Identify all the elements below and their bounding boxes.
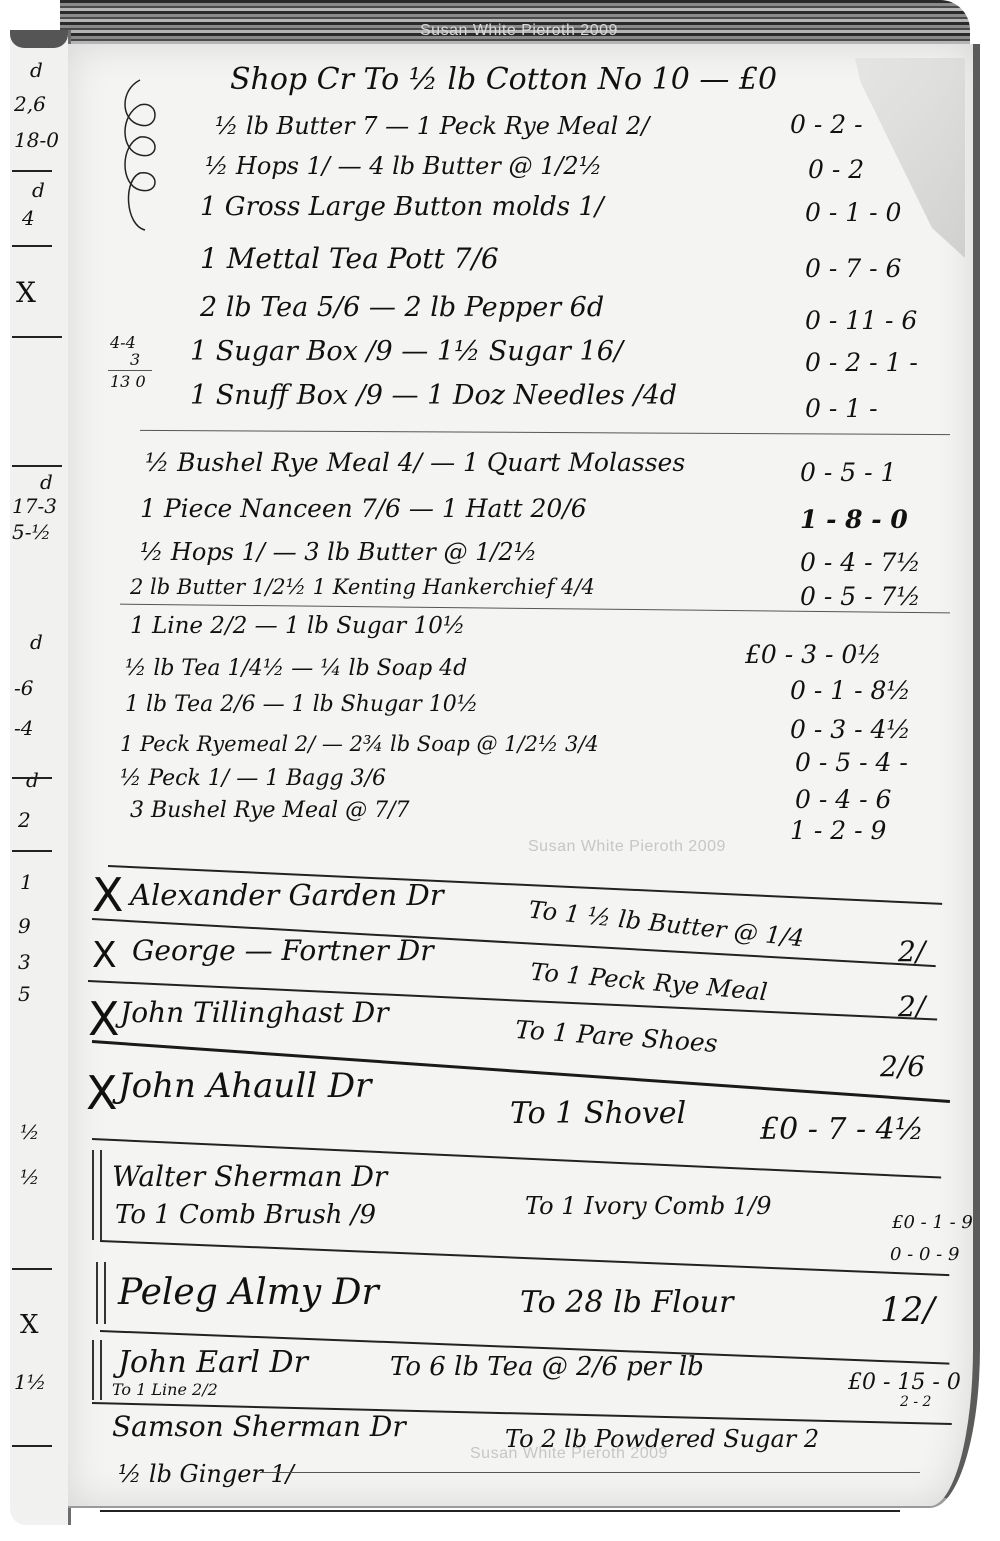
entry-description: ½ Bushel Rye Meal 4/ — 1 Quart Molasses	[145, 448, 685, 477]
entry-description: 1 Peck Ryemeal 2/ — 2¾ lb Soap @ 1/2½ 3/…	[120, 732, 599, 756]
entry-amount: 0 - 1 - 8½	[790, 676, 911, 705]
settled-marker	[92, 1150, 102, 1240]
entry-amount: 0 - 2 -	[790, 110, 863, 139]
entry-description: 1 Sugar Box /9 — 1½ Sugar 16/	[190, 336, 623, 367]
margin-figure: d	[26, 768, 39, 792]
entry-amount: 0 - 3 - 4½	[790, 715, 911, 744]
account-entry: To 1 Shovel	[510, 1096, 686, 1131]
account-amount: 2/6	[880, 1050, 925, 1083]
margin-figure: 5	[18, 982, 31, 1006]
entry-description: 3 Bushel Rye Meal @ 7/7	[130, 798, 410, 823]
margin-figure: 18-0	[14, 128, 59, 152]
watermark-bottom: Susan White Pieroth 2009	[470, 1445, 668, 1463]
margin-figure: -6	[14, 676, 33, 700]
account-entry: To 6 lb Tea @ 2/6 per lb	[390, 1352, 704, 1382]
entry-amount: 0 - 5 - 7½	[800, 582, 921, 611]
margin-rule	[12, 465, 62, 467]
margin-rule	[12, 1445, 52, 1447]
account-amount: £0 - 7 - 4½	[760, 1112, 924, 1147]
account-amount: £0 - 15 - 0	[848, 1370, 961, 1395]
entry-description: ½ lb Tea 1/4½ — ¼ lb Soap 4d	[125, 656, 467, 681]
margin-figure: 2,6	[14, 92, 46, 116]
settled-marker	[96, 1262, 106, 1324]
entry-amount: 0 - 4 - 7½	[800, 548, 921, 577]
entry-description: 2 lb Tea 5/6 — 2 lb Pepper 6d	[200, 292, 604, 323]
entry-amount: 0 - 2 - 1 -	[805, 348, 918, 377]
account-amount: £0 - 1 - 9	[892, 1212, 973, 1233]
shop-account-heading: Shop Cr To ½ lb Cotton No 10 — £0	[230, 62, 777, 97]
margin-figure: 17-3	[12, 494, 57, 518]
account-name: Samson Sherman Dr	[112, 1410, 406, 1443]
margin-figure: -4	[14, 716, 33, 740]
entry-amount: 1 - 2 - 9	[790, 816, 886, 845]
entry-description: 1 Snuff Box /9 — 1 Doz Needles /4d	[190, 380, 677, 411]
watermark-middle: Susan White Pieroth 2009	[528, 838, 726, 856]
margin-figure: X	[20, 1310, 39, 1340]
entry-description: 1 Mettal Tea Pott 7/6	[200, 242, 499, 275]
margin-figure: 9	[18, 914, 31, 938]
margin-rule	[12, 850, 52, 852]
entry-amount: 0 - 2	[808, 155, 864, 184]
account-name: Peleg Almy Dr	[118, 1272, 379, 1313]
entry-description: 1 Gross Large Button molds 1/	[200, 192, 604, 222]
account-divider	[260, 1472, 920, 1473]
margin-figure: 5-½	[12, 520, 51, 544]
entry-description: 2 lb Butter 1/2½ 1 Kenting Hankerchief 4…	[130, 575, 595, 599]
calc-line: 3	[130, 350, 140, 369]
account-name: Walter Sherman Dr	[112, 1160, 387, 1193]
flourish-ornament	[115, 75, 165, 235]
left-page-top-edge	[10, 30, 68, 48]
margin-figure: 3	[18, 950, 31, 974]
account-amount: 12/	[880, 1290, 935, 1330]
entry-description: 1 Piece Nanceen 7/6 — 1 Hatt 20/6	[140, 494, 587, 523]
crossed-out-mark: X	[92, 938, 117, 974]
entry-amount: 0 - 5 - 4 -	[795, 748, 908, 777]
crossed-out-mark: X	[92, 872, 124, 918]
account-entry: To 1 Ivory Comb 1/9	[525, 1192, 771, 1220]
entry-amount: 0 - 7 - 6	[805, 254, 901, 283]
margin-figure: d	[40, 470, 53, 494]
margin-figure: d	[32, 178, 45, 202]
account-entry: To 28 lb Flour	[520, 1285, 733, 1320]
margin-figure: 1	[20, 870, 33, 894]
entry-description: ½ Hops 1/ — 4 lb Butter @ 1/2½	[205, 152, 602, 180]
account-name: George — Fortner Dr	[132, 934, 434, 967]
margin-figure: X	[16, 276, 36, 309]
margin-rule	[12, 336, 62, 338]
entry-description: 1 Line 2/2 — 1 lb Sugar 10½	[130, 613, 465, 639]
account-name: John Ahaull Dr	[118, 1066, 371, 1106]
account-entry-second: ½ lb Ginger 1/	[118, 1460, 294, 1488]
watermark-top: Susan White Pieroth 2009	[420, 22, 618, 40]
entry-amount: 0 - 5 - 1	[800, 458, 896, 487]
entry-amount: 0 - 1 -	[805, 394, 878, 423]
margin-figure: ½	[20, 1165, 39, 1189]
settled-marker	[92, 1340, 102, 1400]
margin-figure: d	[30, 630, 43, 654]
margin-figure: 4	[22, 206, 35, 230]
margin-rule	[12, 170, 52, 172]
account-entry-second: To 1 Line 2/2	[112, 1380, 218, 1399]
entry-amount: 0 - 4 - 6	[795, 785, 891, 814]
entry-description: ½ Peck 1/ — 1 Bagg 3/6	[120, 766, 386, 791]
account-amount-second: 0 - 0 - 9	[890, 1244, 959, 1265]
account-name: Alexander Garden Dr	[130, 878, 444, 912]
account-entry-second: To 1 Comb Brush /9	[115, 1200, 376, 1230]
entry-amount: 0 - 11 - 6	[805, 306, 917, 335]
entry-amount: 0 - 1 - 0	[805, 198, 901, 227]
margin-rule	[12, 245, 52, 247]
margin-rule	[12, 777, 52, 779]
account-amount-second: 2 - 2	[900, 1394, 931, 1410]
entry-description: 1 lb Tea 2/6 — 1 lb Shugar 10½	[125, 692, 478, 717]
margin-figure: 2	[18, 808, 31, 832]
margin-figure: d	[30, 58, 43, 82]
margin-rule	[12, 1268, 52, 1270]
crossed-out-mark: X	[88, 996, 120, 1042]
calc-rule	[108, 370, 152, 371]
entry-amount: 1 - 8 - 0	[800, 505, 908, 534]
page-bottom-rule	[100, 1510, 900, 1512]
margin-figure: ½	[20, 1120, 39, 1144]
account-name: John Tillinghast Dr	[120, 996, 389, 1029]
calc-line: 13 0	[110, 372, 146, 391]
account-name: John Earl Dr	[118, 1345, 308, 1380]
entry-description: ½ lb Butter 7 — 1 Peck Rye Meal 2/	[215, 112, 649, 140]
entry-amount: £0 - 3 - 0½	[745, 640, 882, 669]
crossed-out-mark: X	[86, 1070, 118, 1116]
entry-description: ½ Hops 1/ — 3 lb Butter @ 1/2½	[140, 538, 537, 566]
margin-figure: 1½	[14, 1370, 46, 1394]
